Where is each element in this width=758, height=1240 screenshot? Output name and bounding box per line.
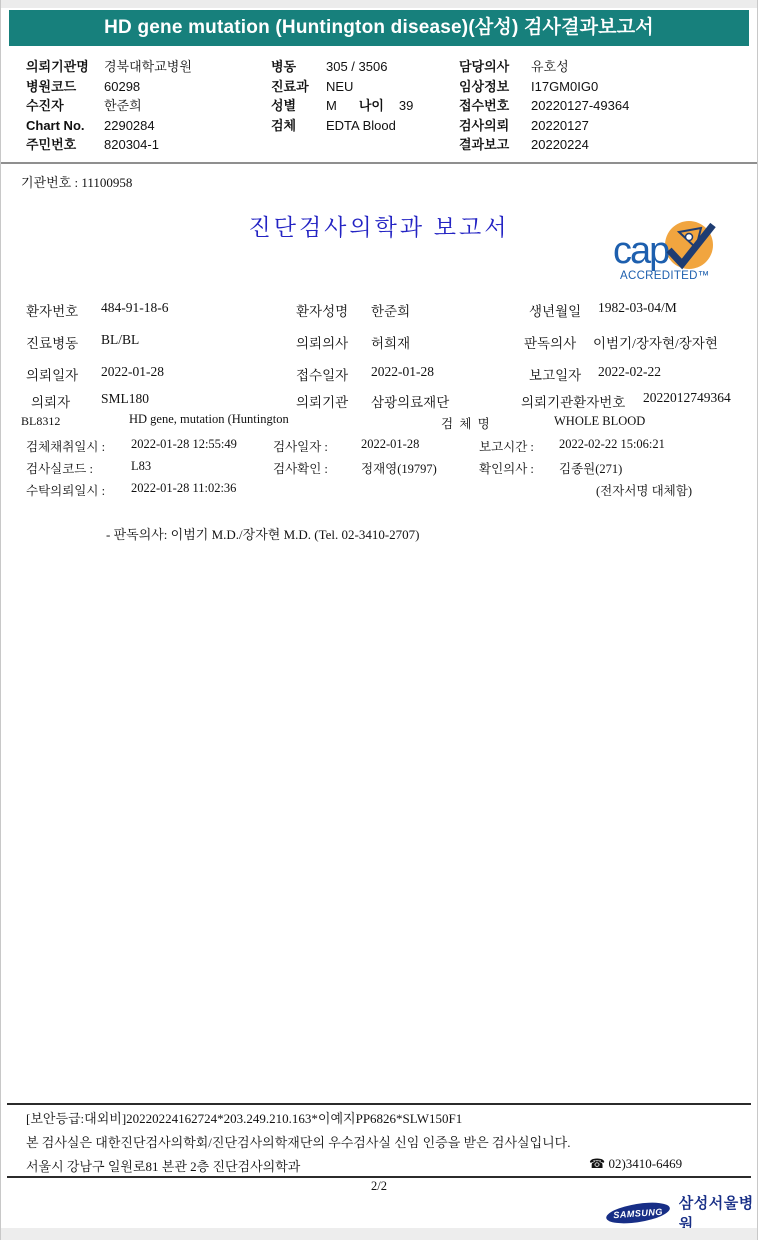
info-label: 수진자 — [26, 96, 104, 116]
top-strip — [1, 0, 757, 8]
info-label: 결과보고 — [459, 135, 531, 155]
field-value: 김종원(271) — [559, 459, 622, 477]
info-column-right: 담당의사유호성 임상정보I17GM0IG0 접수번호20220127-49364… — [459, 57, 629, 155]
info-label: 접수번호 — [459, 96, 531, 116]
field-label: 판독의사 — [524, 332, 576, 352]
info-value: 20220127-49364 — [531, 98, 629, 113]
info-label: 담당의사 — [459, 57, 531, 77]
info-row: Chart No.2290284 — [26, 116, 192, 136]
info-label: 병원코드 — [26, 77, 104, 97]
field-value: 2022-01-28 — [101, 364, 164, 380]
cap-orange-circle — [665, 221, 713, 269]
field-label: 보고일자 — [529, 364, 581, 384]
field-value: 삼광의료재단 — [371, 391, 449, 411]
field-label: 진료병동 — [26, 332, 78, 352]
esign-note: (전자서명 대체함) — [596, 481, 692, 499]
info-label: 검사의뢰 — [459, 116, 531, 136]
info-value: 305 / 3506 — [326, 59, 387, 74]
info-row: 주민번호820304-1 — [26, 135, 192, 155]
info-label: 임상정보 — [459, 77, 531, 97]
info-row: 임상정보I17GM0IG0 — [459, 77, 629, 97]
accreditation-line: 본 검사실은 대한진단검사의학회/진단검사의학재단의 우수검사실 신임 인증을 … — [26, 1132, 571, 1151]
security-line: [보안등급:대외비]20220224162724*203.249.210.163… — [26, 1108, 462, 1127]
info-row: 접수번호20220127-49364 — [459, 96, 629, 116]
info-value: I17GM0IG0 — [531, 79, 598, 94]
info-label: 검체 — [271, 116, 326, 136]
info-value-age: 39 — [399, 96, 413, 116]
info-value: 60298 — [104, 79, 140, 94]
test-row-labcode: 검사실코드 : L83 검사확인 : 정재영(19797) 확인의사 : 김종원… — [1, 459, 758, 477]
test-row-consign: 수탁의뢰일시 : 2022-01-28 11:02:36 (전자서명 대체함) — [1, 481, 758, 499]
footer-top-line — [7, 1103, 751, 1105]
field-label: 확인의사 : — [479, 459, 534, 477]
test-row-collect: 검체채취일시 : 2022-01-28 12:55:49 검사일자 : 2022… — [1, 437, 758, 455]
info-row: 병동305 / 3506 — [271, 57, 413, 77]
field-label: 수탁의뢰일시 : — [26, 481, 105, 499]
field-value: 2022-01-28 — [371, 364, 434, 380]
patient-row-2: 진료병동 BL/BL 의뢰의사 허희재 판독의사 이범기/장자현/장자현 — [1, 332, 758, 352]
field-value: 484-91-18-6 — [101, 300, 169, 316]
address-line: 서울시 강남구 일원로81 본관 2층 진단검사의학과 — [26, 1156, 300, 1175]
field-label: 보고시간 : — [479, 437, 534, 455]
field-value: 이범기/장자현/장자현 — [593, 332, 718, 352]
info-value: 경북대학교병원 — [104, 59, 192, 74]
field-value: 허희재 — [371, 332, 410, 352]
info-label: 병동 — [271, 57, 326, 77]
info-value: 20220224 — [531, 137, 589, 152]
info-label: 진료과 — [271, 77, 326, 97]
specimen-value: WHOLE BLOOD — [554, 414, 645, 429]
field-label: 검사실코드 : — [26, 459, 93, 477]
field-value: BL/BL — [101, 332, 139, 348]
field-value: 정재영(19797) — [361, 459, 437, 477]
field-value: 2022012749364 — [643, 391, 743, 405]
field-label: 접수일자 — [296, 364, 348, 384]
field-value: 2022-02-22 — [598, 364, 661, 380]
info-row: 의뢰기관명경북대학교병원 — [26, 57, 192, 77]
field-label: 검사확인 : — [273, 459, 328, 477]
info-row: 성별M나이39 — [271, 96, 413, 116]
field-label: 검사일자 : — [273, 437, 328, 455]
field-value: 2022-01-28 12:55:49 — [131, 437, 237, 452]
org-number-line: 기관번호 : 11100958 — [21, 172, 132, 191]
info-label-age: 나이 — [359, 96, 399, 116]
report-title-bar: HD gene mutation (Huntington disease)(삼성… — [9, 10, 749, 46]
samsung-logo-icon: SAMSUNG — [605, 1200, 673, 1226]
specimen-label: 검 체 명 — [441, 414, 490, 432]
field-label: 의뢰의사 — [296, 332, 348, 352]
field-label: 의뢰자 — [31, 391, 70, 411]
test-header-row: BL8312 HD gene, mutation (Huntington 검 체… — [1, 414, 758, 432]
info-row: 검체EDTA Blood — [271, 116, 413, 136]
field-value: 한준희 — [371, 300, 410, 320]
info-row: 검사의뢰20220127 — [459, 116, 629, 136]
divider-line — [1, 162, 757, 164]
info-column-left: 의뢰기관명경북대학교병원 병원코드60298 수진자한준희 Chart No.2… — [26, 57, 192, 155]
cap-accredited-text: ACCREDITED™ — [620, 270, 710, 282]
footer-bottom-line — [7, 1176, 751, 1178]
phone-line: ☎ 02)3410-6469 — [589, 1156, 682, 1172]
test-name: HD gene, mutation (Huntington — [129, 412, 289, 427]
field-value: SML180 — [101, 391, 149, 407]
field-label: 의뢰기관환자번호 — [521, 391, 625, 411]
info-row: 결과보고20220224 — [459, 135, 629, 155]
field-value: 2022-01-28 11:02:36 — [131, 481, 236, 496]
field-label: 생년월일 — [529, 300, 581, 320]
field-label: 의뢰기관 — [296, 391, 348, 411]
field-value: L83 — [131, 459, 151, 474]
info-value: M — [326, 98, 337, 113]
cap-accredited-logo: cap ACCREDITED™ — [613, 219, 721, 283]
info-value: 20220127 — [531, 118, 589, 133]
info-row: 담당의사유호성 — [459, 57, 629, 77]
bottom-strip — [1, 1228, 757, 1240]
org-number-value: 11100958 — [81, 175, 132, 190]
patient-row-3: 의뢰일자 2022-01-28 접수일자 2022-01-28 보고일자 202… — [1, 364, 758, 384]
field-label: 의뢰일자 — [26, 364, 78, 384]
info-value: 2290284 — [104, 118, 155, 133]
patient-row-1: 환자번호 484-91-18-6 환자성명 한준희 생년월일 1982-03-0… — [1, 300, 758, 320]
info-value: NEU — [326, 79, 353, 94]
cap-wordmark: cap — [613, 230, 669, 272]
field-label: 환자번호 — [26, 300, 78, 320]
field-value: 2022-01-28 — [361, 437, 419, 452]
info-row: 진료과NEU — [271, 77, 413, 97]
reader-note: - 판독의사: 이범기 M.D./장자현 M.D. (Tel. 02-3410-… — [106, 524, 420, 543]
info-value: 820304-1 — [104, 137, 159, 152]
field-value: 2022-02-22 15:06:21 — [559, 437, 665, 452]
info-value: 유호성 — [531, 59, 569, 74]
field-label: 환자성명 — [296, 300, 348, 320]
org-number-label: 기관번호 : — [21, 175, 78, 190]
info-value: EDTA Blood — [326, 118, 396, 133]
info-column-middle: 병동305 / 3506 진료과NEU 성별M나이39 검체EDTA Blood — [271, 57, 413, 135]
report-page: HD gene mutation (Huntington disease)(삼성… — [0, 0, 758, 1240]
info-label: 의뢰기관명 — [26, 57, 104, 77]
info-value: 한준희 — [104, 98, 142, 113]
info-row: 병원코드60298 — [26, 77, 192, 97]
patient-row-4: 의뢰자 SML180 의뢰기관 삼광의료재단 의뢰기관환자번호 20220127… — [1, 391, 758, 411]
info-row: 수진자한준희 — [26, 96, 192, 116]
field-value: 1982-03-04/M — [598, 300, 677, 316]
info-label: 성별 — [271, 96, 326, 116]
test-code: BL8312 — [21, 414, 60, 429]
info-label: Chart No. — [26, 116, 104, 136]
field-label: 검체채취일시 : — [26, 437, 105, 455]
info-label: 주민번호 — [26, 135, 104, 155]
